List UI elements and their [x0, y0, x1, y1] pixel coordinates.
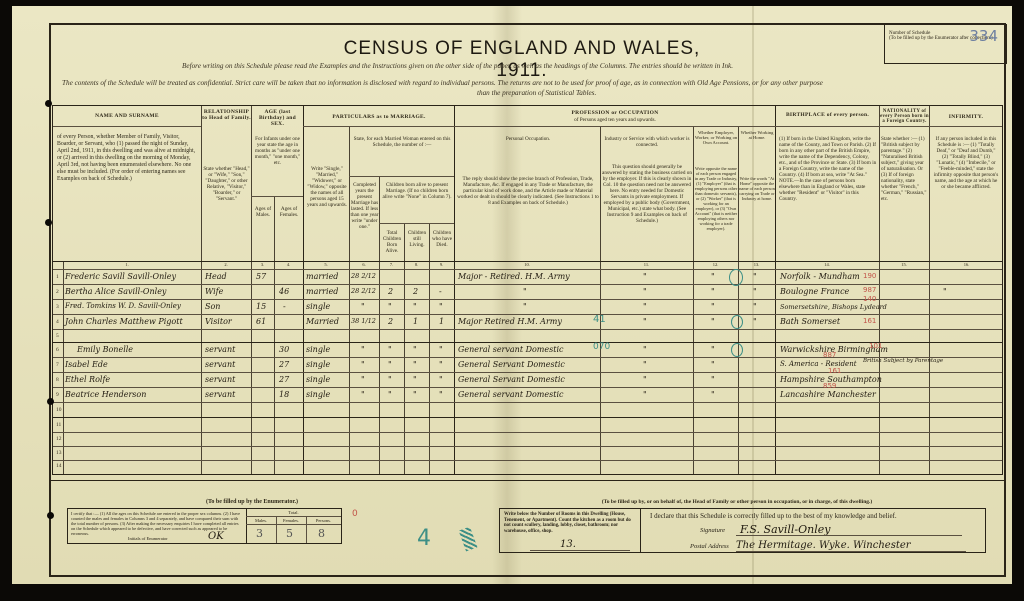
- total-males: 3: [256, 527, 263, 540]
- employer-status: ": [711, 302, 715, 311]
- occupation: Major Retired H.M. Army: [458, 317, 562, 326]
- household-table: NAME AND SURNAME of every Person, whethe…: [52, 105, 1003, 475]
- head-declaration-box: Write below the Number of Rooms in this …: [499, 508, 986, 553]
- col-industry-desc: This question should generally be answer…: [602, 164, 692, 224]
- instruction-line: Before writing on this Schedule please r…: [182, 62, 733, 70]
- children-total: 2: [388, 317, 393, 326]
- marital-condition: married: [306, 287, 338, 296]
- industry: ": [643, 375, 647, 384]
- occupation: ": [523, 302, 527, 311]
- person-name: Fred. Tomkins W. D. Savill-Onley: [65, 302, 181, 310]
- occupation: General Servant Domestic: [458, 375, 565, 384]
- col-married-woman: State, for each Married Woman entered on…: [351, 136, 453, 148]
- verification-circle-mark: [731, 315, 743, 329]
- col-children-head: Children born alive to present Marriage.…: [381, 182, 453, 200]
- age-female: 27: [279, 375, 289, 384]
- col-age-females: Ages of Females.: [275, 206, 303, 218]
- col-name-title: NAME AND SURNAME: [53, 113, 201, 119]
- row-number: 2: [56, 289, 59, 295]
- children-died: 1: [439, 317, 444, 326]
- row-number: 1: [56, 274, 59, 280]
- industry: ": [643, 390, 647, 399]
- confidentiality-line-1: The contents of the Schedule will be tre…: [62, 79, 823, 87]
- col-employer: Whether Employer, Worker, or Working on …: [694, 130, 738, 145]
- col-no-11: 11.: [600, 262, 693, 268]
- col-birthplace-desc: (1) If born in the United Kingdom, write…: [779, 136, 877, 202]
- children-died: ": [439, 345, 443, 354]
- working-at-home: ": [753, 317, 757, 326]
- employer-status: ": [711, 272, 715, 281]
- age-male: 57: [256, 272, 266, 281]
- industry: ": [643, 272, 647, 281]
- person-name: Bertha Alice Savill-Onley: [65, 287, 166, 296]
- rooms-instruction: Write below the Number of Rooms in this …: [504, 512, 636, 534]
- years-married: ": [361, 390, 365, 399]
- person-name: Frederic Savill Savill-Onley: [65, 272, 176, 281]
- years-married: ": [361, 302, 365, 311]
- binding-hole: [47, 398, 54, 405]
- occupation-code-mark: 070: [593, 342, 610, 352]
- occupation: ": [523, 287, 527, 296]
- footer-divider: [49, 480, 1006, 481]
- occupation: General servant Domestic: [458, 345, 563, 354]
- col-home: Whether Working at Home.: [739, 130, 775, 140]
- relationship: servant: [205, 360, 235, 369]
- col-no-4: 4.: [274, 262, 303, 268]
- signature-label: Signature: [700, 527, 725, 534]
- col-industry: Industry or Service with which worker is…: [602, 136, 692, 148]
- age-male: 15: [256, 302, 266, 311]
- col-age-males: Ages of Males.: [252, 206, 274, 218]
- relationship: servant: [205, 345, 235, 354]
- green-code-mark: 4: [417, 526, 431, 551]
- col-marriage-title: PARTICULARS as to MARRIAGE.: [304, 114, 454, 120]
- birthplace: S. America - Resident: [780, 360, 857, 368]
- total-persons: 8: [318, 527, 325, 540]
- binding-hole: [45, 100, 52, 107]
- binding-hole: [45, 219, 52, 226]
- verification-circle-mark: [729, 269, 743, 286]
- verification-circle-mark: [731, 343, 743, 357]
- years-married: 28 2/12: [351, 272, 376, 280]
- children-total: 2: [388, 287, 393, 296]
- children-living: 1: [413, 317, 418, 326]
- row-number: 5: [56, 333, 59, 339]
- relationship: Son: [205, 302, 220, 311]
- years-married: ": [361, 375, 365, 384]
- birthplace: Lancashire Manchester: [780, 390, 876, 399]
- col-personal-occupation: Personal Occupation.: [457, 136, 599, 142]
- enumerator-certificate-box: I certify that :— (1) All the ages on th…: [67, 508, 342, 544]
- birthplace-code: 140: [863, 295, 876, 303]
- employer-status: ": [711, 375, 715, 384]
- children-living: 2: [413, 287, 418, 296]
- industry: ": [643, 360, 647, 369]
- children-died: -: [439, 287, 442, 296]
- confidentiality-line-2: than the preparation of Statistical Tabl…: [477, 89, 596, 97]
- col-home-desc: Write the words "At Home" opposite the n…: [739, 176, 775, 201]
- occupation: Major - Retired. H.M. Army: [458, 272, 570, 281]
- occupation-code-mark: 41: [593, 314, 606, 325]
- marital-condition: single: [306, 390, 330, 399]
- col-no-6: 6.: [349, 262, 379, 268]
- birthplace-code: 859: [823, 382, 836, 390]
- col-children-total: Total Children Born Alive.: [380, 230, 404, 254]
- row-number: 14: [56, 463, 62, 469]
- birthplace-code: 161: [863, 317, 876, 325]
- person-name: Beatrice Henderson: [65, 390, 146, 399]
- row-number: 13: [56, 450, 62, 456]
- col-no-3: 3.: [251, 262, 274, 268]
- col-no-1: 1.: [53, 262, 201, 268]
- form-title: CENSUS OF ENGLAND AND WALES, 1911.: [342, 38, 702, 82]
- head-heading: (To be filled up by, or on behalf of, th…: [507, 499, 967, 505]
- birthplace: Somersetshire, Bishops Lydeard: [780, 303, 887, 311]
- red-check-mark: 0: [352, 509, 358, 519]
- postal-address: The Hermitage. Wyke. Winchester: [736, 540, 911, 551]
- col-infirmity-desc: If any person included in this Schedule …: [933, 136, 999, 190]
- birthplace-code: 887: [823, 351, 836, 359]
- marital-condition: single: [306, 375, 330, 384]
- years-married: 28 2/12: [351, 287, 376, 295]
- col-employer-desc: Write opposite the name of each person e…: [694, 166, 738, 231]
- binding-hole: [47, 512, 54, 519]
- birthplace: Norfolk - Mundham: [780, 272, 860, 281]
- col-birthplace-title: BIRTHPLACE of every person.: [776, 112, 879, 118]
- occupation: General servant Domestic: [458, 390, 563, 399]
- col-no-15: 15.: [879, 262, 929, 268]
- birthplace-code: 987: [863, 286, 876, 294]
- col-age-title: AGE (last Birthday) and SEX.: [252, 109, 303, 127]
- children-died: ": [439, 375, 443, 384]
- person-name: Emily Bonelle: [77, 345, 133, 354]
- birthplace: Bath Somerset: [780, 317, 840, 326]
- col-infirmity-title: INFIRMITY.: [930, 114, 1002, 120]
- total-females: 5: [286, 527, 293, 540]
- person-name: Ethel Rolfe: [65, 375, 110, 384]
- schedule-number: 334: [969, 27, 998, 45]
- relationship: servant: [205, 375, 235, 384]
- row-number: 11: [56, 422, 61, 428]
- children-living: ": [413, 360, 417, 369]
- industry: ": [643, 345, 647, 354]
- row-number: 9: [56, 392, 59, 398]
- census-schedule-paper: CENSUS OF ENGLAND AND WALES, 1911. Befor…: [12, 6, 1012, 584]
- age-female: 46: [279, 287, 289, 296]
- person-name: Isabel Ede: [65, 360, 108, 369]
- children-died: ": [439, 390, 443, 399]
- employer-status: ": [711, 317, 715, 326]
- relationship: Head: [205, 272, 227, 281]
- person-name: John Charles Matthew Pigott: [65, 317, 183, 326]
- employer-status: ": [711, 360, 715, 369]
- col-no-7: 7.: [379, 262, 404, 268]
- col-personal-occupation-desc: The reply should show the precise branch…: [457, 176, 599, 206]
- col-occupation-title: PROFESSION or OCCUPATION: [455, 110, 775, 116]
- working-at-home: ": [753, 272, 757, 281]
- employer-status: ": [711, 287, 715, 296]
- working-at-home: ": [753, 302, 757, 311]
- children-living: ": [413, 390, 417, 399]
- row-number: 12: [56, 436, 62, 442]
- children-total: ": [388, 302, 392, 311]
- occupation: General Servant Domestic: [458, 360, 565, 369]
- row-number: 10: [56, 407, 62, 413]
- age-female: 30: [279, 345, 289, 354]
- number-of-rooms: 13.: [560, 539, 576, 550]
- years-married: ": [361, 360, 365, 369]
- working-at-home: ": [753, 287, 757, 296]
- marital-condition: single: [306, 360, 330, 369]
- children-total: ": [388, 345, 392, 354]
- col-occupation-subtitle: of Persons aged ten years and upwards.: [455, 117, 775, 123]
- nationality: ": [943, 287, 947, 296]
- years-married: 38 1/12: [351, 317, 376, 325]
- employer-status: ": [711, 345, 715, 354]
- row-number: 3: [56, 304, 59, 310]
- enumerator-initials-label: Initials of Enumerator: [128, 536, 168, 542]
- relationship: servant: [205, 390, 235, 399]
- col-no-9: 9.: [429, 262, 454, 268]
- col-age-desc: For Infants under one year state the age…: [253, 136, 302, 166]
- postal-address-label: Postal Address: [690, 543, 729, 550]
- industry: ": [643, 287, 647, 296]
- col-no-12: 12.: [693, 262, 738, 268]
- col-no-14: 14.: [775, 262, 879, 268]
- children-died: ": [439, 302, 443, 311]
- industry: ": [643, 302, 647, 311]
- col-no-5: 5.: [303, 262, 349, 268]
- enumerator-initials: OK: [208, 531, 224, 542]
- marital-condition: single: [306, 345, 330, 354]
- birthplace: Boulogne France: [780, 287, 849, 296]
- children-total: ": [388, 360, 392, 369]
- row-number: 8: [56, 377, 59, 383]
- birthplace-code: 190: [863, 272, 876, 280]
- col-no-8: 8.: [404, 262, 429, 268]
- col-years-married: Completed years the present Marriage has…: [350, 182, 379, 230]
- col-name-desc: of every Person, whether Member of Famil…: [57, 134, 197, 183]
- col-children-living: Children still Living.: [405, 230, 429, 248]
- age-female: 27: [279, 360, 289, 369]
- relationship: Visitor: [205, 317, 232, 326]
- children-living: ": [413, 302, 417, 311]
- col-nationality-desc: State whether :— (1) "British subject by…: [881, 136, 928, 202]
- col-children-died: Children who have Died.: [430, 230, 454, 248]
- children-living: ": [413, 345, 417, 354]
- age-male: 61: [256, 317, 266, 326]
- col-no-16: 16.: [929, 262, 1004, 268]
- row-number: 4: [56, 319, 59, 325]
- relationship: Wife: [205, 287, 223, 296]
- nationality: British Subject by Parentage: [863, 358, 943, 364]
- children-living: ": [413, 375, 417, 384]
- schedule-number-box: Number of Schedule (To be filled up by t…: [884, 24, 1007, 64]
- birthplace-code: 161: [828, 367, 841, 375]
- age-female: 18: [279, 390, 289, 399]
- marital-condition: single: [306, 302, 330, 311]
- col-no-13: 13.: [738, 262, 775, 268]
- marital-condition: Married: [306, 317, 339, 326]
- age-female: -: [283, 302, 286, 311]
- birthplace-code: 101: [869, 342, 882, 350]
- declaration-text: I declare that this Schedule is correctl…: [650, 512, 897, 520]
- children-total: ": [388, 375, 392, 384]
- col-no-2: 2.: [201, 262, 251, 268]
- col-relationship-title: RELATIONSHIP to Head of Family.: [202, 109, 251, 121]
- children-total: ": [388, 390, 392, 399]
- years-married: ": [361, 345, 365, 354]
- marital-condition: married: [306, 272, 338, 281]
- row-number: 6: [56, 347, 59, 353]
- employer-status: ": [711, 390, 715, 399]
- enumerator-heading: (To be filled up by the Enumerator.): [152, 499, 352, 505]
- children-died: ": [439, 360, 443, 369]
- industry: ": [643, 317, 647, 326]
- row-number: 7: [56, 362, 59, 368]
- col-relationship-desc: State whether "Head," or "Wife," "Son," …: [203, 166, 250, 202]
- col-nationality-title: NATIONALITY of every Person born in a Fo…: [880, 109, 929, 124]
- col-no-10: 10.: [454, 262, 600, 268]
- col-marriage-condition: Write "Single," "Married," "Widower," or…: [306, 166, 348, 208]
